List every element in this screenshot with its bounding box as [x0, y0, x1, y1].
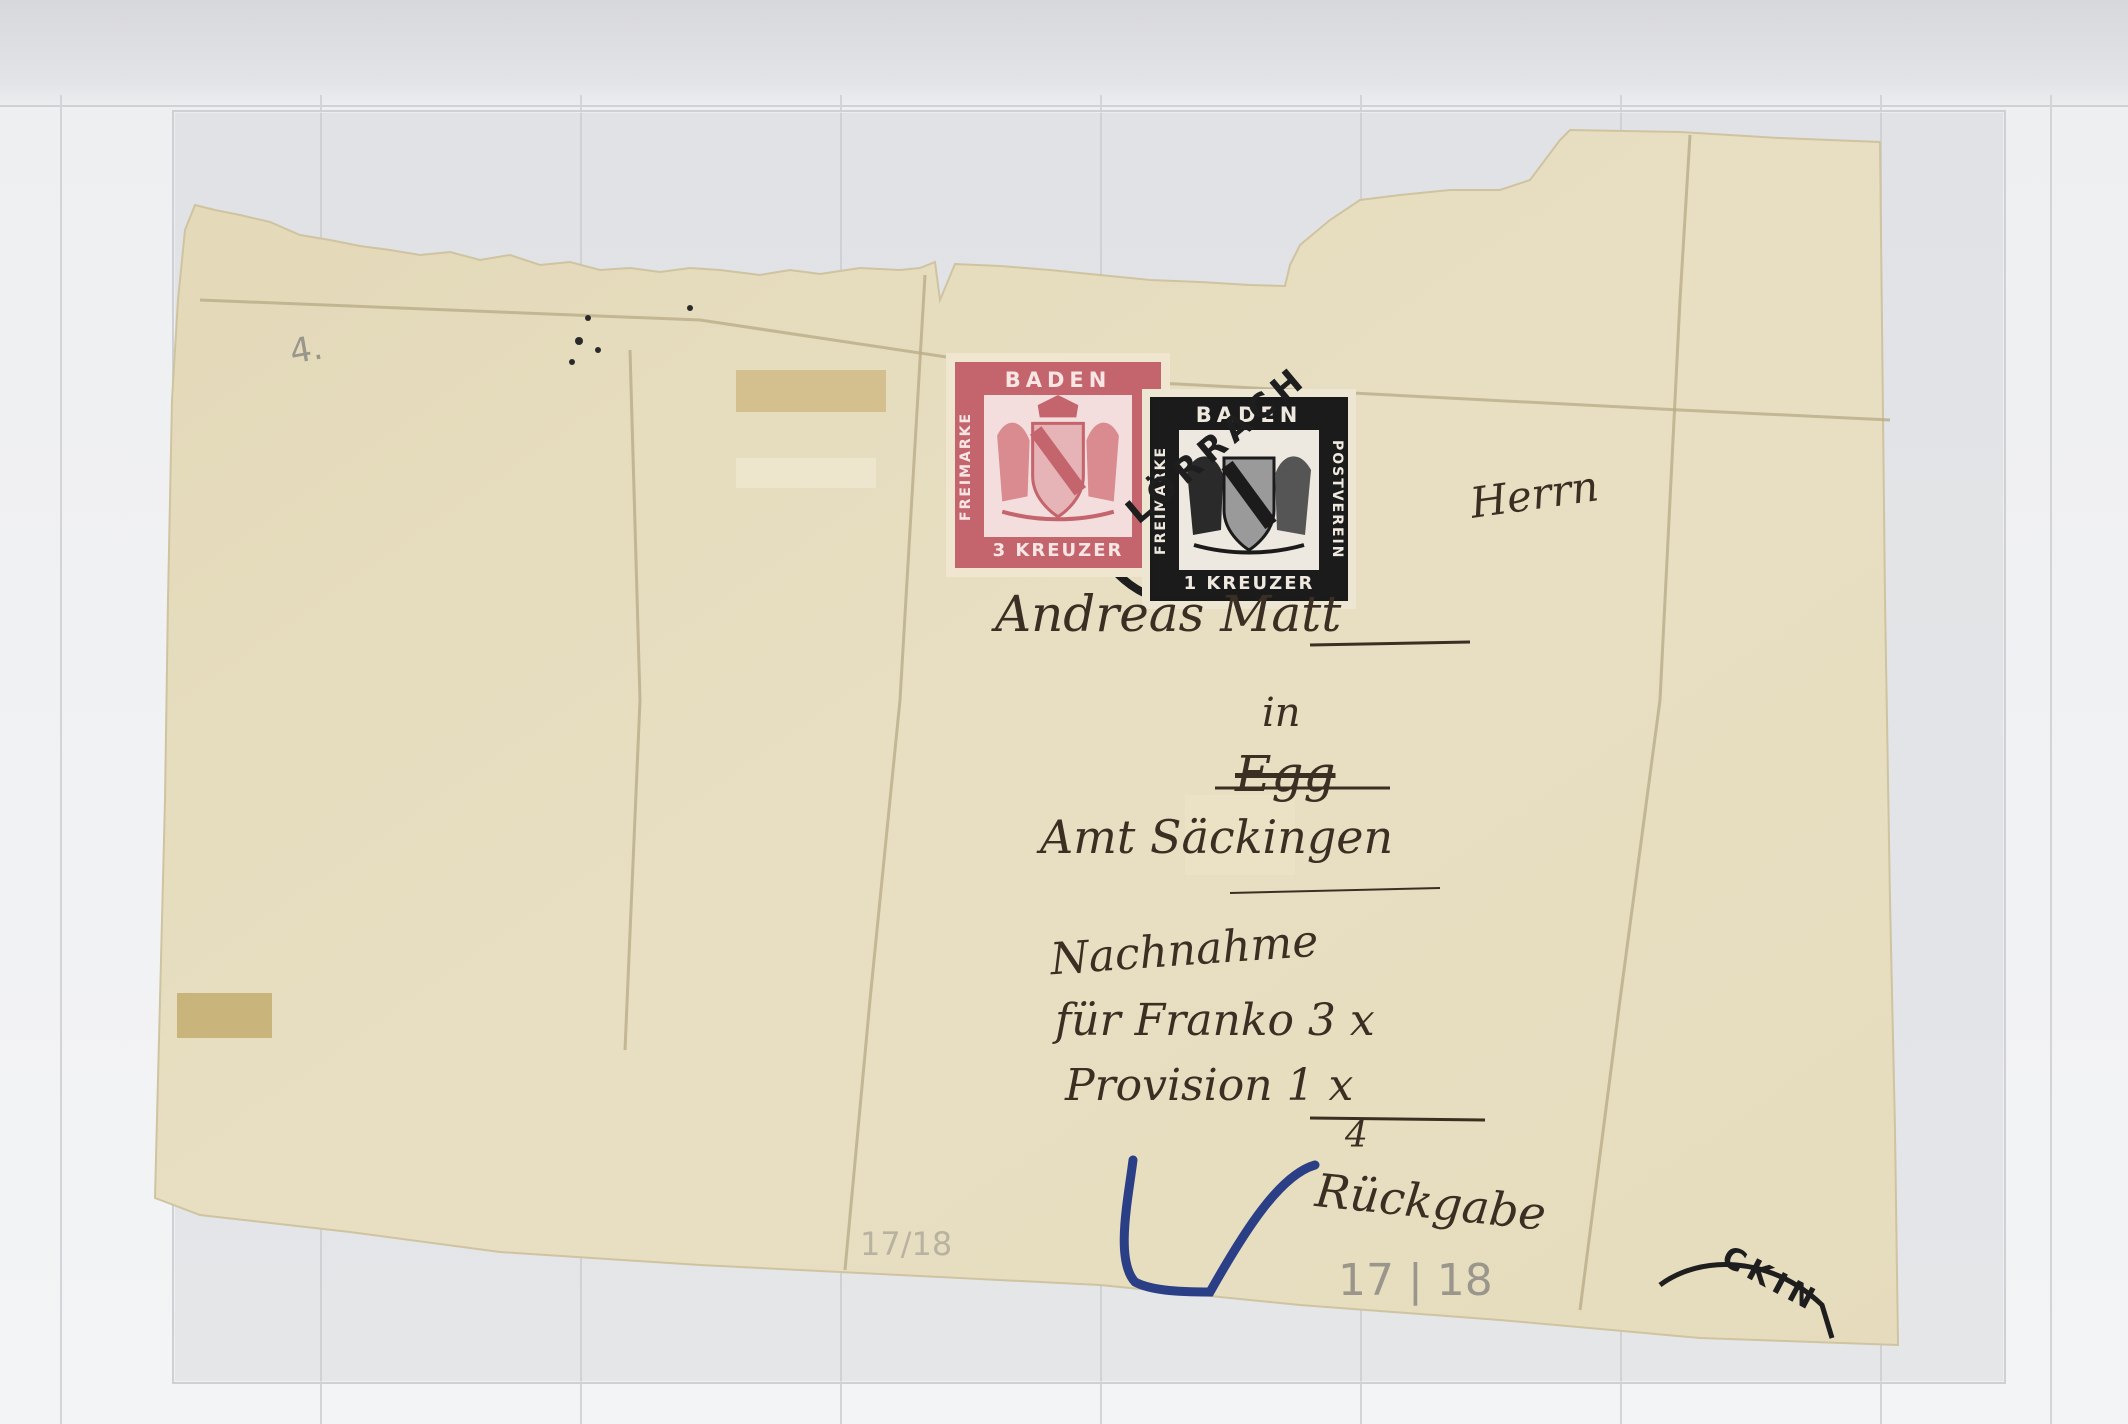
tape-stain — [177, 993, 272, 1038]
letter-cover — [0, 0, 2128, 1424]
address-town: Egg — [1235, 745, 1336, 803]
stamp-value: 3 KREUZER — [958, 537, 1158, 565]
stamp-country: BADEN — [958, 365, 1158, 395]
pencil-note-left: 4. — [287, 327, 326, 372]
coat-of-arms-icon — [984, 395, 1132, 537]
address-district: Amt Säckingen — [1040, 810, 1393, 864]
note-total: 4 — [1345, 1115, 1368, 1156]
note-postage: für Franko 3 x — [1055, 995, 1375, 1046]
pencil-note-bottom-left: 17/18 — [860, 1225, 952, 1263]
address-in: in — [1262, 690, 1301, 736]
stamp-right-label: POSTVEREIN — [1319, 430, 1345, 570]
address-name: Andreas Matt — [995, 585, 1341, 643]
pencil-note-bottom-right: 17 | 18 — [1338, 1255, 1493, 1306]
stamp-left-label: FREIMARKE — [958, 395, 984, 537]
note-commission: Provision 1 x — [1065, 1060, 1353, 1111]
stamp-3-kreuzer: BADEN FREIMARKE POSTVEREIN 3 KREUZER — [955, 362, 1161, 568]
tape-stain — [736, 370, 886, 412]
